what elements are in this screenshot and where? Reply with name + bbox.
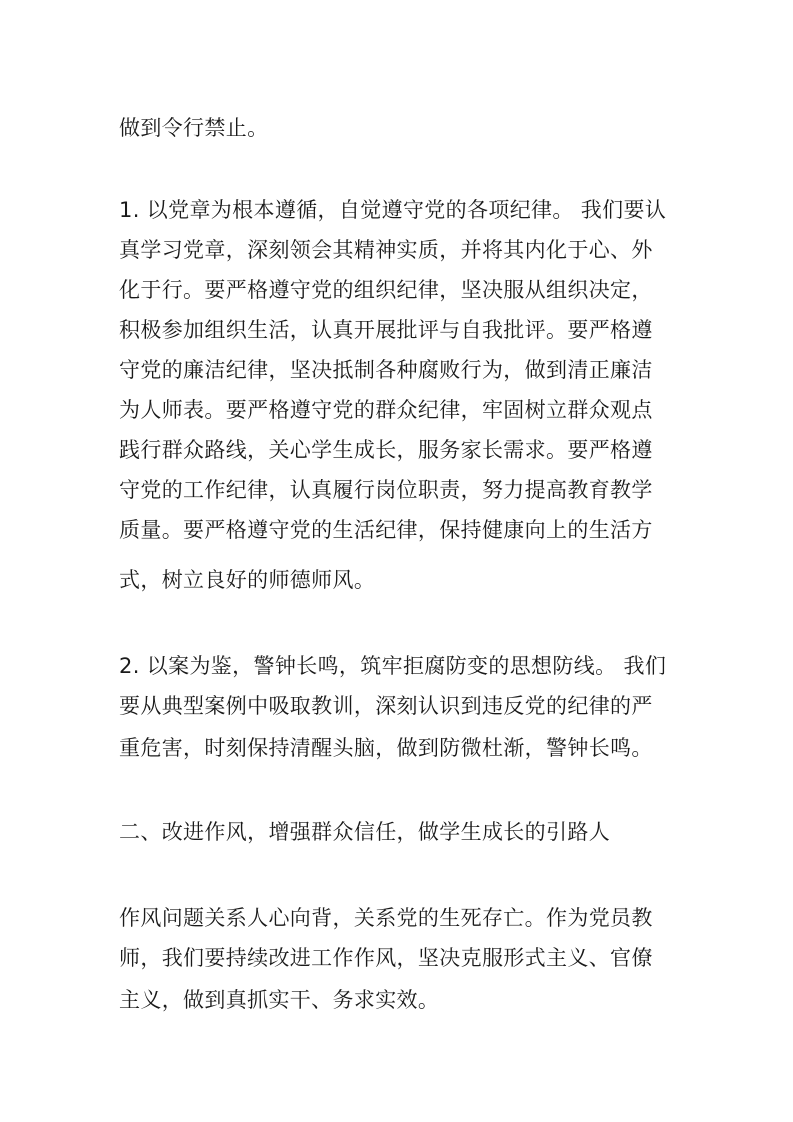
paragraph-line: 式，树立良好的师德师风。 — [119, 566, 375, 594]
paragraph-line: 作风问题关系人心向背，关系党的生死存亡。作为党员教 — [119, 904, 653, 932]
paragraph-line: 师，我们要持续改进工作作风，坚决克服形式主义、官僚 — [119, 944, 653, 972]
paragraph-line: 践行群众路线，关心学生成长，服务家长需求。要严格遵 — [119, 436, 653, 464]
section-heading: 二、改进作风，增强群众信任，做学生成长的引路人 — [119, 818, 610, 846]
paragraph-line: 守党的工作纪律，认真履行岗位职责，努力提高教育教学 — [119, 476, 653, 504]
paragraph-line: 2. 以案为鉴，警钟长鸣，筑牢拒腐防变的思想防线。 我们 — [119, 652, 666, 680]
paragraph-line: 主义，做到真抓实干、务求实效。 — [119, 986, 439, 1014]
paragraph-line: 化于行。要严格遵守党的组织纪律，坚决服从组织决定， — [119, 276, 653, 304]
paragraph-line: 重危害，时刻保持清醒头脑，做到防微杜渐，警钟长鸣。 — [119, 734, 653, 762]
paragraph-line: 要从典型案例中吸取教训，深刻认识到违反党的纪律的严 — [119, 692, 653, 720]
paragraph-line: 积极参加组织生活，认真开展批评与自我批评。要严格遵 — [119, 316, 653, 344]
paragraph-line: 1. 以党章为根本遵循，自觉遵守党的各项纪律。 我们要认 — [119, 196, 666, 224]
paragraph-line: 质量。要严格遵守党的生活纪律，保持健康向上的生活方 — [119, 516, 653, 544]
paragraph-continuation: 做到令行禁止。 — [119, 114, 268, 142]
paragraph-line: 守党的廉洁纪律，坚决抵制各种腐败行为，做到清正廉洁 — [119, 356, 653, 384]
paragraph-line: 真学习党章，深刻领会其精神实质，并将其内化于心、外 — [119, 236, 653, 264]
paragraph-line: 为人师表。要严格遵守党的群众纪律，牢固树立群众观点 — [119, 396, 653, 424]
